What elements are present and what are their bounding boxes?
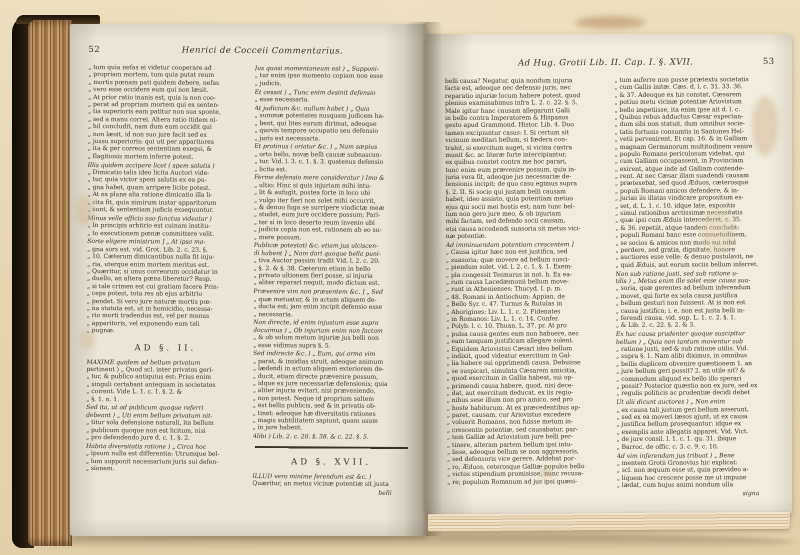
paragraph: belli causa? Negatur, quia nondum injuri… <box>445 77 606 241</box>
page-fore-edge <box>28 20 72 546</box>
text-line: „ pugnæ. <box>87 327 245 335</box>
paragraph: Ad vim inferendam jus tribuat ) „ Bene„ … <box>617 452 778 490</box>
paragraph: Ferme defensio mere consideratur ) Imo &… <box>254 175 412 242</box>
section-heading: AD §. II. <box>87 343 245 354</box>
paragraph: „ tum auferre non posse prætextu societa… <box>614 76 776 269</box>
paragraph: MAXIME quidem ad bellum privatumpertinen… <box>86 359 244 404</box>
left-page-header: 52 Henrici de Cocceii Commentarius. <box>88 45 412 57</box>
catchword: signa <box>617 490 778 498</box>
section-divider-rule <box>254 446 408 450</box>
paragraph: Alibi ) Lib. 2. c. 20. §. 38. & c. 22. §… <box>253 433 411 441</box>
left-column-1: „ tum quia nefas ei videtur cooperare ad… <box>86 64 246 496</box>
text-line: „ re; populum Romanum ad jus ipsi quæsi- <box>447 478 608 486</box>
text-line: „ esse vidimus supra §. 5. <box>253 342 411 350</box>
text-line: „ licita est. <box>254 166 412 174</box>
text-line: „ in jure habent. <box>253 424 411 432</box>
text-line: „ & Lib. 2. c. 22. §. 2. & 3. <box>616 321 777 329</box>
paragraph: „ tum quia nefas ei videtur cooperare ad… <box>88 64 246 161</box>
section-heading: AD §. XVII. <box>252 457 410 468</box>
paragraph: Jus quasi momentaneum est ) „ Supponi-„ … <box>255 65 413 88</box>
text-line: „ flagitiosis mortem inferre potest. <box>88 153 246 161</box>
paragraph: Ut alii dicunt auctores ) „ Non enim„ ex… <box>616 398 777 451</box>
paragraph: Minus velle officio suo functus videatur… <box>87 215 245 238</box>
paragraph: At judicium &c. nullum habet ) „ Quia„ s… <box>254 105 412 143</box>
paragraph: Ad imminuendam potentiam crescentem ]„ C… <box>446 241 608 486</box>
right-column-2: „ tum auferre non posse prætextu societa… <box>614 76 777 498</box>
paragraph: Prævenire vim non præsentem &c. ] „ Sed„… <box>253 288 411 319</box>
paragraph: Non sub ratione justi, sed sub ratione u… <box>615 270 776 330</box>
text-line: „ Barroc. de offic. c. 3. c. 9. c. 10. <box>617 443 778 451</box>
right-page-header: Ad Hug. Grotii Lib. II. Cap. I. §. XVII.… <box>445 57 775 69</box>
right-running-head: Ad Hug. Grotii Lib. II. Cap. I. §. XVII. <box>475 57 737 69</box>
text-line: „ §. 1. n. 1. <box>86 396 244 404</box>
catchword: belli <box>252 489 410 497</box>
paper-stain <box>575 16 645 29</box>
paragraph: Non directe, id enim injustum esse supra… <box>253 319 411 350</box>
text-line: „ pro defendendo jure d. c. 1. §. 2. <box>86 434 244 442</box>
text-line: „ esse necessaria. <box>255 96 413 104</box>
paragraph: Ex hac causa prudenter quoque suscipitur… <box>616 330 777 397</box>
text-line: „ necessaria. <box>253 311 411 319</box>
text-line: „ quid Æduis, aut eorum sociis bellum in… <box>615 261 776 269</box>
right-page-columns: belli causa? Negatur, quia nondum injuri… <box>445 76 778 499</box>
text-line: „ to executionem pœnæ committere velit. <box>87 230 245 238</box>
right-page: Ad Hug. Grotii Lib. II. Cap. I. §. XVII.… <box>426 34 792 514</box>
left-page: 52 Henrici de Cocceii Commentarius. „ tu… <box>70 24 426 536</box>
right-page-content: Ad Hug. Grotii Lib. II. Cap. I. §. XVII.… <box>425 33 794 515</box>
left-page-content: 52 Henrici de Cocceii Commentarius. „ tu… <box>68 23 427 537</box>
text-line: „ juris est necessaria. <box>254 135 412 143</box>
left-column-2: Jus quasi momentaneum est ) „ Supponi-„ … <box>252 65 412 497</box>
text-line: „ sionem. <box>86 465 244 473</box>
text-line: næ potentiæ. <box>446 232 607 240</box>
paragraph: Illis quidem accipere licet ( spem salut… <box>87 162 245 215</box>
paragraph: Sed ita, ut ad publicum quoque referride… <box>86 404 244 442</box>
text-line: „ lædat, cum hujus animi nondum ulla <box>617 481 778 489</box>
text-line: „ regulis politicis ac prudentiæ decidi … <box>616 389 777 397</box>
text-line: „ judicis. <box>255 80 413 88</box>
text-line: „ sunt, & sententiam judicis exsequuntur… <box>87 206 245 214</box>
paragraph: Sorte eligere ministrum ] „ At ipsa ma-„… <box>87 239 245 336</box>
paragraph: ILLUD vero minime ferendum est &c. )Quær… <box>252 473 410 489</box>
paragraph: Et protinus ( oriatur &c. ) „ Nam sæpius… <box>254 143 412 174</box>
photo-of-open-book: { "palette": { "background": "#ecdfbd", … <box>0 0 800 555</box>
left-page-number: 52 <box>88 45 132 55</box>
paragraph: Publicæ potestati &c. etiam jus ulciscen… <box>253 243 411 288</box>
paragraph: Et cessat ) „ Tunc enim desinit defensio… <box>255 89 413 105</box>
right-page-number: 53 <box>737 57 775 67</box>
text-line: „ mere possum. <box>254 234 412 242</box>
paragraph: Sed indirecte &c. ) „ Eum, qui arma vim„… <box>253 350 411 432</box>
left-page-columns: „ tum quia nefas ei videtur cooperare ad… <box>86 64 413 497</box>
left-running-head: Henrici de Cocceii Commentarius. <box>132 45 392 57</box>
text-line: Quæritur, an metus vicinæ potentiæ sit j… <box>252 480 410 488</box>
right-page-bottom-edges <box>428 512 790 532</box>
book: 52 Henrici de Cocceii Commentarius. „ tu… <box>0 0 800 555</box>
text-line: Alibi ) Lib. 2. c. 20. §. 38. & c. 22. §… <box>253 433 411 441</box>
text-line: „ aliter reparari nequit, modo dictum es… <box>253 279 411 287</box>
right-column-1: belli causa? Negatur, quia nondum injuri… <box>445 77 608 499</box>
paragraph: Habita diversitatis ratione ) „ Circa ho… <box>86 443 244 474</box>
